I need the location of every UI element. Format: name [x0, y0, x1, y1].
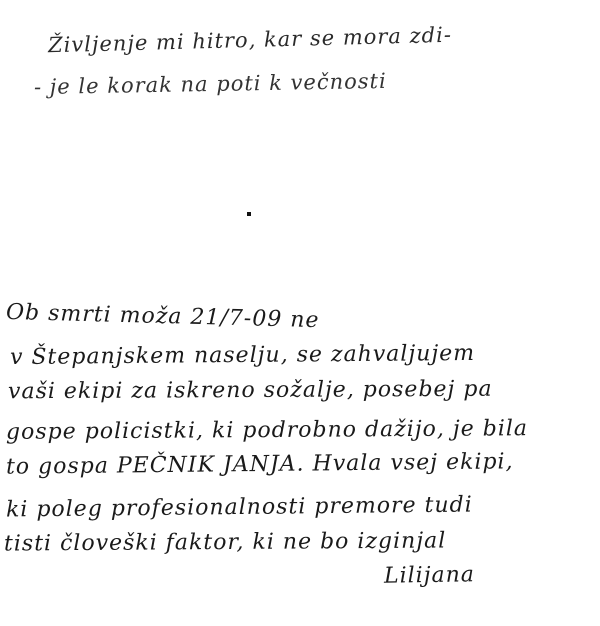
ink-dot	[247, 212, 251, 216]
scanned-handwritten-note: Življenje mi hitro, kar se mora zdi- - j…	[0, 0, 600, 626]
body-line-6: ki poleg profesionalnosti premore tudi	[6, 493, 473, 523]
header-line-1: Življenje mi hitro, kar se mora zdi-	[48, 23, 452, 58]
body-line-4: gospe policistki, ki podrobno dažijo, je…	[6, 416, 528, 445]
header-line-2: - je le korak na poti k večnosti	[34, 69, 387, 99]
signature: Lilijana	[384, 562, 475, 589]
body-line-1: Ob smrti moža 21/7-09 ne	[6, 300, 320, 333]
body-line-5: to gospa PEČNIK JANJA. Hvala vsej ekipi,	[6, 449, 514, 479]
body-line-7: tisti človeški faktor, ki ne bo izginjal	[4, 528, 446, 556]
body-line-2: v Štepanjskem naselju, se zahvaljujem	[10, 341, 475, 370]
body-line-3: vaši ekipi za iskreno sožalje, posebej p…	[8, 377, 493, 405]
